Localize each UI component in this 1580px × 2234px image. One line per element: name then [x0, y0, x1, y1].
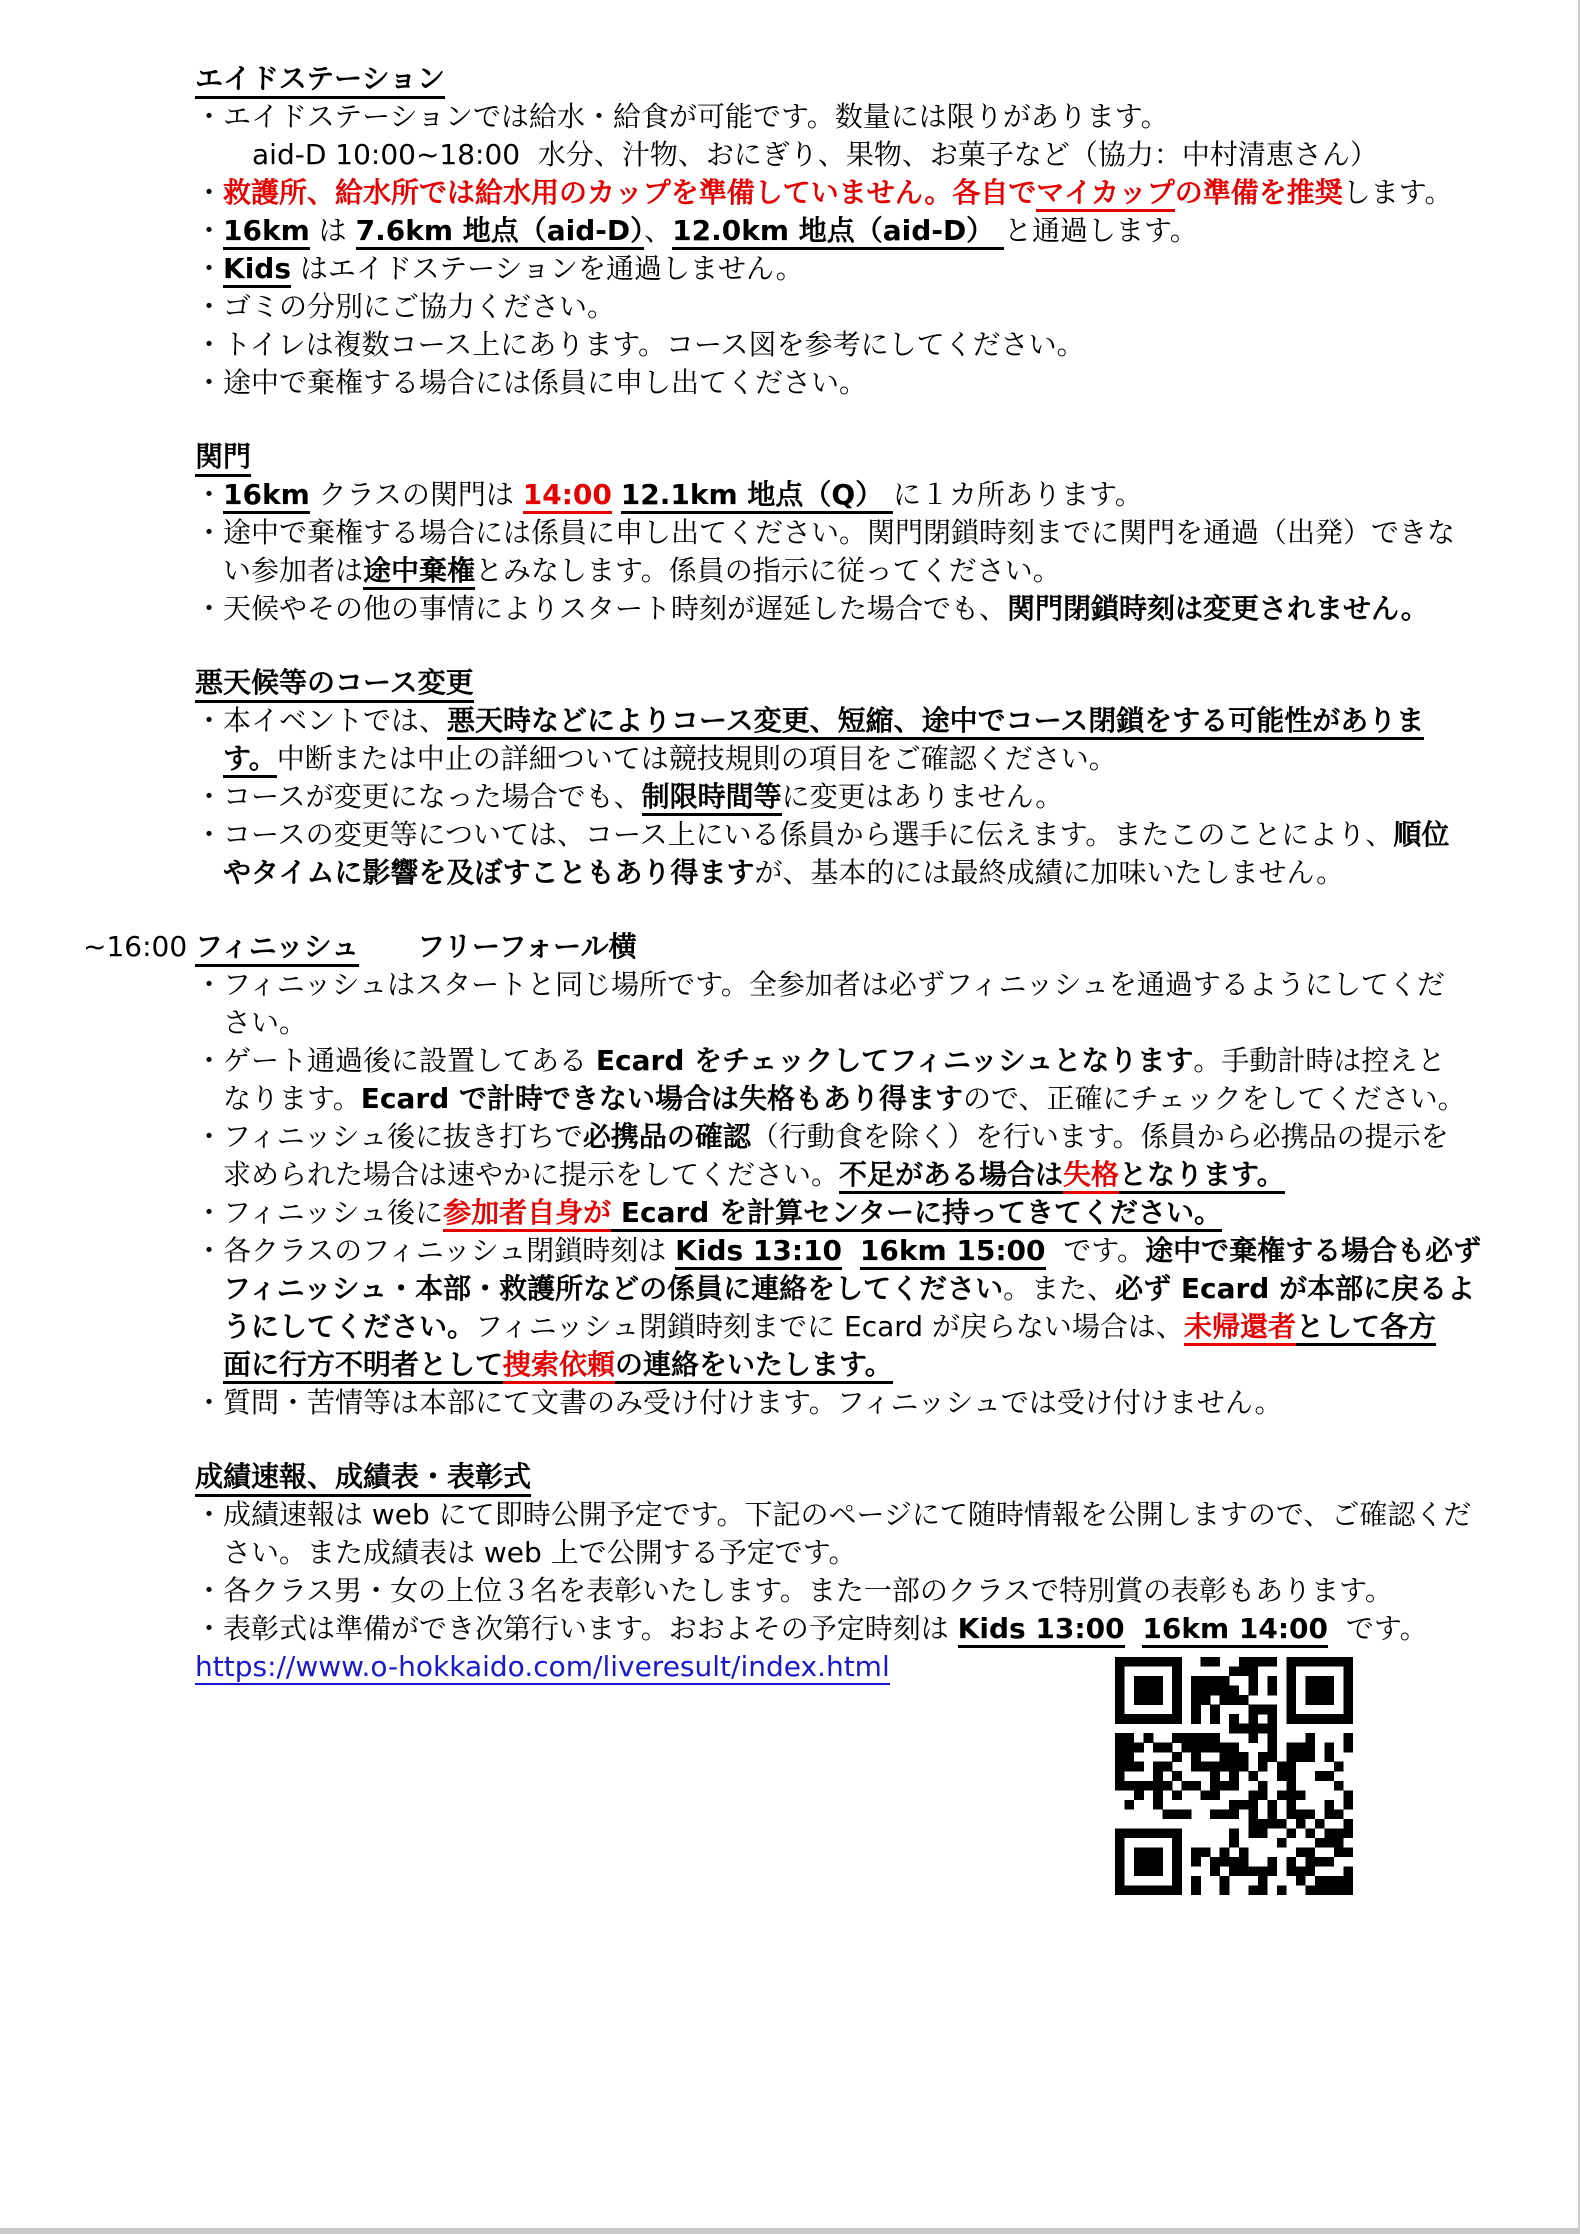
text-segment: 参加者自身が: [443, 1196, 611, 1232]
text-segment: ・コースの変更等については、コース上にいる係員から選手に伝えます。またこのことに…: [195, 818, 1393, 851]
text-line: ・各クラス男・女の上位３名を表彰いたします。また一部のクラスで特別賞の表彰もあり…: [195, 1572, 1535, 1610]
text-segment: ・各クラスのフィニッシュ閉鎖時刻は: [195, 1234, 675, 1267]
text-line: やタイムに影響を及ぼすこともあり得ますが、基本的には最終成績に加味いたしません。: [195, 854, 1535, 892]
text-segment: ・フィニッシュ後に: [195, 1196, 443, 1229]
document-content: エイドステーション・エイドステーションでは給水・給食が可能です。数量には限りがあ…: [195, 60, 1535, 1686]
text-line: フィニッシュ・本部・救護所などの係員に連絡をしてください。また、必ず Ecard…: [195, 1270, 1535, 1308]
section-title-gates: 関門: [195, 440, 251, 477]
text-line: ・救護所、給水所では給水用のカップを準備していません。各自でマイカップの準備を推…: [195, 174, 1535, 212]
heading-course-change: 悪天候等のコース変更: [195, 664, 1535, 702]
text-segment: す。: [223, 742, 277, 778]
text-segment: ・ゴミの分別にご協力ください。: [195, 290, 615, 323]
text-segment: フィニッシュ・本部・救護所などの係員に連絡をしてください: [223, 1272, 1003, 1305]
text-segment: なります。: [223, 1082, 361, 1115]
text-line: ・ゲート通過後に設置してある Ecard をチェックしてフィニッシュとなります。…: [195, 1042, 1535, 1080]
text-segment: の準備を推奨: [1175, 176, 1343, 209]
text-line: ・フィニッシュ後に抜き打ちで必携品の確認（行動食を除く）を行います。係員から必携…: [195, 1118, 1535, 1156]
text-line: ・表彰式は準備ができ次第行います。おおよその予定時刻は Kids 13:00 1…: [195, 1610, 1535, 1648]
section-gates: 関門・16km クラスの関門は 14:00 12.1km 地点（Q） に１カ所あ…: [195, 438, 1535, 628]
text-line: うにしてください。フィニッシュ閉鎖時刻までに Ecard が戻らない場合は、未帰…: [195, 1308, 1535, 1346]
text-line: ・コースの変更等については、コース上にいる係員から選手に伝えます。またこのことに…: [195, 816, 1535, 854]
text-segment: マイカップ: [1036, 176, 1174, 212]
text-segment: ・: [195, 478, 223, 511]
text-segment: はエイドステーションを通過しません。: [291, 252, 804, 285]
text-segment: 制限時間等: [642, 780, 782, 816]
text-segment: [612, 478, 621, 511]
text-segment: フィニッシュ閉鎖時刻までに Ecard が戻らない場合は、: [475, 1310, 1184, 1343]
text-segment: 必ず Ecard が本部に戻るよ: [1115, 1272, 1475, 1305]
text-segment: ・コースが変更になった場合でも、: [195, 780, 642, 813]
text-segment: やタイムに影響を及ぼすこともあり得ます: [223, 856, 754, 889]
text-segment: と通過します。: [1004, 214, 1198, 247]
text-segment: Kids 13:10: [675, 1234, 842, 1270]
text-segment: 16km: [223, 214, 310, 250]
text-segment: 未帰還者: [1184, 1310, 1296, 1346]
text-segment: （行動食を除く）を行います。係員から必携品の提示を: [751, 1120, 1449, 1153]
text-segment: となります。: [1119, 1158, 1285, 1194]
text-line: ・コースが変更になった場合でも、制限時間等に変更はありません。: [195, 778, 1535, 816]
heading-gates: 関門: [195, 438, 1535, 476]
text-segment: [842, 1234, 860, 1267]
text-segment: ・質問・苦情等は本部にて文書のみ受け付けます。フィニッシュでは受け付けません。: [195, 1386, 1283, 1419]
section-title-course-change: 悪天候等のコース変更: [195, 666, 474, 703]
text-line: ・ゴミの分別にご協力ください。: [195, 288, 1535, 326]
text-segment: ・エイドステーションでは給水・給食が可能です。数量には限りがあります。: [195, 100, 1169, 133]
text-line: ・成績速報は web にて即時公開予定です。下記のページにて随時情報を公開します…: [195, 1496, 1535, 1534]
text-segment: ・本イベントでは、: [195, 704, 447, 737]
text-line: ・16km クラスの関門は 14:00 12.1km 地点（Q） に１カ所ありま…: [195, 476, 1535, 514]
text-segment: うにしてください。: [223, 1310, 475, 1343]
text-line: ・16km は 7.6km 地点（aid-D）、12.0km 地点（aid-D）…: [195, 212, 1535, 250]
text-line: ・各クラスのフィニッシュ閉鎖時刻は Kids 13:10 16km 15:00 …: [195, 1232, 1535, 1270]
text-line: なります。Ecard で計時できない場合は失格もあり得ますので、正確にチェックを…: [195, 1080, 1535, 1118]
text-segment: い参加者は: [223, 554, 363, 587]
text-segment: 途中で棄権する場合も必ず: [1145, 1234, 1481, 1267]
text-segment: が、基本的には最終成績に加味いたしません。: [754, 856, 1344, 889]
text-segment: 関門閉鎖時刻は変更されません。: [1007, 592, 1429, 625]
text-segment: Kids 13:00: [958, 1612, 1125, 1648]
text-line: ・途中で棄権する場合には係員に申し出てください。関門閉鎖時刻までに関門を通過（出…: [195, 514, 1535, 552]
qr-code: [1115, 1657, 1353, 1895]
text-segment: さい。また成績表は web 上で公開する予定です。: [223, 1536, 856, 1569]
text-line: ・質問・苦情等は本部にて文書のみ受け付けます。フィニッシュでは受け付けません。: [195, 1384, 1535, 1422]
text-segment: ・各クラス男・女の上位３名を表彰いたします。また一部のクラスで特別賞の表彰もあり…: [195, 1574, 1393, 1607]
text-segment: です。: [1046, 1234, 1146, 1267]
text-segment: ・: [195, 252, 223, 285]
text-segment: 16km: [223, 478, 310, 514]
heading-suffix-finish: フリーフォール横: [417, 930, 637, 963]
text-segment: 途中棄権: [363, 554, 475, 590]
section-finish: ~16:00フィニッシュフリーフォール横・フィニッシュはスタートと同じ場所です。…: [195, 928, 1535, 1422]
text-segment: ・ゲート通過後に設置してある: [195, 1044, 596, 1077]
text-line: ・天候やその他の事情によりスタート時刻が遅延した場合でも、関門閉鎖時刻は変更され…: [195, 590, 1535, 628]
text-segment: 失格: [1063, 1158, 1119, 1194]
text-segment: 14:00: [523, 478, 612, 514]
text-segment: です。: [1328, 1612, 1428, 1645]
text-segment: Kids: [223, 252, 291, 288]
text-line: ・フィニッシュはスタートと同じ場所です。全参加者は必ずフィニッシュを通過するよう…: [195, 966, 1535, 1004]
text-line: ・途中で棄権する場合には係員に申し出てください。: [195, 364, 1535, 402]
text-segment: クラスの関門は: [310, 478, 523, 511]
text-segment: 12.0km 地点（aid-D）: [672, 214, 1004, 250]
text-line: い参加者は途中棄権とみなします。係員の指示に従ってください。: [195, 552, 1535, 590]
text-segment: 16km 15:00: [860, 1234, 1046, 1270]
liveresult-link[interactable]: https://www.o-hokkaido.com/liveresult/in…: [195, 1650, 890, 1685]
text-segment: 12.1km 地点（Q）: [621, 478, 893, 514]
document-page: エイドステーション・エイドステーションでは給水・給食が可能です。数量には限りがあ…: [0, 0, 1580, 2234]
text-segment: Ecard で計時できない場合は失格もあり得ます: [361, 1082, 963, 1115]
text-line: ・エイドステーションでは給水・給食が可能です。数量には限りがあります。: [195, 98, 1535, 136]
heading-aid-station: エイドステーション: [195, 60, 1535, 98]
section-results: 成績速報、成績表・表彰式・成績速報は web にて即時公開予定です。下記のページ…: [195, 1458, 1535, 1686]
text-segment: 、: [644, 214, 672, 247]
text-segment: [1125, 1612, 1143, 1645]
text-segment: さい。: [223, 1006, 307, 1039]
text-segment: 不足がある場合は: [839, 1158, 1063, 1194]
text-segment: ・天候やその他の事情によりスタート時刻が遅延した場合でも、: [195, 592, 1007, 625]
text-line: ・トイレは複数コース上にあります。コース図を参考にしてください。: [195, 326, 1535, 364]
text-segment: とみなします。係員の指示に従ってください。: [475, 554, 1061, 587]
text-segment: として各方: [1296, 1310, 1436, 1346]
text-line: さい。: [195, 1004, 1535, 1042]
text-segment: Ecard をチェックしてフィニッシュとなります: [596, 1044, 1193, 1077]
text-line: ・本イベントでは、悪天時などによりコース変更、短縮、途中でコース閉鎖をする可能性…: [195, 702, 1535, 740]
text-segment: Ecard を計算センターに持ってきてください。: [611, 1196, 1222, 1232]
text-segment: 必携品の確認: [583, 1120, 751, 1153]
text-segment: 中断または中止の詳細ついては競技規則の項目をご確認ください。: [277, 742, 1117, 775]
heading-results: 成績速報、成績表・表彰式: [195, 1458, 1535, 1496]
text-segment: の連絡をいたします。: [615, 1348, 893, 1384]
text-line: 求められた場合は速やかに提示をしてください。不足がある場合は失格となります。: [195, 1156, 1535, 1194]
text-segment: に１カ所あります。: [893, 478, 1143, 511]
text-segment: 7.6km 地点（aid-D）: [356, 214, 645, 250]
section-title-results: 成績速報、成績表・表彰式: [195, 1460, 531, 1497]
text-segment: 。手動計時は控えと: [1193, 1044, 1445, 1077]
text-segment: ・表彰式は準備ができ次第行います。おおよその予定時刻は: [195, 1612, 958, 1645]
text-line: す。中断または中止の詳細ついては競技規則の項目をご確認ください。: [195, 740, 1535, 778]
text-segment: ・: [195, 176, 223, 209]
section-course-change: 悪天候等のコース変更・本イベントでは、悪天時などによりコース変更、短縮、途中でコ…: [195, 664, 1535, 892]
text-line: ・フィニッシュ後に参加者自身が Ecard を計算センターに持ってきてください。: [195, 1194, 1535, 1232]
text-segment: 悪天時などによりコース変更、短縮、途中でコース閉鎖をする可能性がありま: [447, 704, 1424, 740]
text-line: aid-D 10:00~18:00 水分、汁物、おにぎり、果物、お菓子など（協力…: [195, 136, 1535, 174]
text-segment: 16km 14:00: [1142, 1612, 1328, 1648]
text-segment: ・途中で棄権する場合には係員に申し出てください。: [195, 366, 867, 399]
text-segment: 捜索依頼: [503, 1348, 615, 1384]
text-segment: ・: [195, 214, 223, 247]
text-segment: ので、正確にチェックをしてください。: [963, 1082, 1466, 1115]
text-segment: は: [310, 214, 356, 247]
text-segment: します。: [1343, 176, 1453, 209]
text-segment: ・トイレは複数コース上にあります。コース図を参考にしてください。: [195, 328, 1085, 361]
text-line: さい。また成績表は web 上で公開する予定です。: [195, 1534, 1535, 1572]
text-line: ・Kids はエイドステーションを通過しません。: [195, 250, 1535, 288]
heading-finish: ~16:00フィニッシュフリーフォール横: [195, 928, 1535, 966]
text-segment: ・成績速報は web にて即時公開予定です。下記のページにて随時情報を公開します…: [195, 1498, 1471, 1531]
text-segment: ・途中で棄権する場合には係員に申し出てください。関門閉鎖時刻までに関門を通過（出…: [195, 516, 1455, 549]
section-aid-station: エイドステーション・エイドステーションでは給水・給食が可能です。数量には限りがあ…: [195, 60, 1535, 402]
text-segment: aid-D 10:00~18:00 水分、汁物、おにぎり、果物、お菓子など（協力…: [252, 138, 1378, 171]
finish-time-label: ~16:00: [83, 928, 187, 966]
text-segment: 面に行方不明者として: [223, 1348, 503, 1384]
text-segment: に変更はありません。: [782, 780, 1064, 813]
text-segment: ・フィニッシュはスタートと同じ場所です。全参加者は必ずフィニッシュを通過するよう…: [195, 968, 1445, 1001]
text-segment: ・フィニッシュ後に抜き打ちで: [195, 1120, 583, 1153]
text-line: 面に行方不明者として捜索依頼の連絡をいたします。: [195, 1346, 1535, 1384]
text-segment: 。また、: [1003, 1272, 1115, 1305]
text-segment: 求められた場合は速やかに提示をしてください。: [223, 1158, 839, 1191]
text-segment: 順位: [1393, 818, 1449, 851]
text-segment: 救護所、給水所では給水用のカップを準備していません。各自で: [223, 176, 1036, 209]
section-title-finish: フィニッシュ: [195, 930, 359, 967]
section-title-aid-station: エイドステーション: [195, 62, 445, 99]
qr-code-image: [1115, 1657, 1353, 1895]
